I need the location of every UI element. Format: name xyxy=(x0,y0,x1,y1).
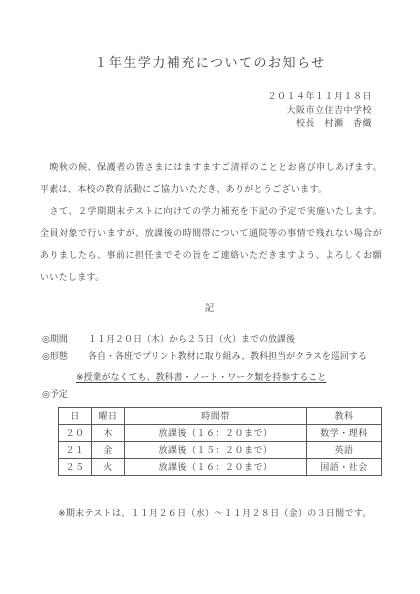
cell-day: ２１ xyxy=(59,441,92,458)
cell-subject: 数学・理科 xyxy=(307,424,382,441)
page-title: １年生学力補充についてのお知らせ xyxy=(0,0,420,71)
header-subject: 教科 xyxy=(307,407,382,424)
body-text: 晩秋の候、保護者の皆さまにはますますご清祥のこととお喜び申しあげます。平素は、本… xyxy=(40,157,382,289)
format-value: 各自・各班でプリント教材に取り組み、教科担当がクラスを巡回する xyxy=(88,352,367,362)
cell-weekday: 金 xyxy=(92,441,125,458)
cell-time: 放課後（１６：２０まで） xyxy=(125,458,307,475)
period-line: ◎期間１１月２０日（木）から２５日（火）までの放課後 xyxy=(42,334,420,347)
format-line: ◎形態各自・各班でプリント教材に取り組み、教科担当がクラスを巡回する xyxy=(42,351,420,364)
table-row: ２５ 火 放課後（１６：２０まで） 国語・社会 xyxy=(59,458,382,475)
record-label: 記 xyxy=(0,300,420,314)
cell-time: 放課後（１５：２０まで） xyxy=(125,441,307,458)
school-name: 大阪市立住吉中学校 xyxy=(0,105,372,119)
cell-subject: 国語・社会 xyxy=(307,458,382,475)
schedule-table: 日 曜日 時間帯 教科 ２０ 木 放課後（１６：２０まで） 数学・理科 ２１ 金… xyxy=(58,407,382,476)
schedule-table-head: 日 曜日 時間帯 教科 xyxy=(59,407,382,424)
cell-time: 放課後（１６：２０まで） xyxy=(125,424,307,441)
format-label: ◎形態 xyxy=(42,351,88,364)
greeting-paragraph: 晩秋の候、保護者の皆さまにはますますご清祥のこととお喜び申しあげます。平素は、本… xyxy=(40,157,382,201)
period-value: １１月２０日（木）から２５日（火）までの放課後 xyxy=(88,335,295,345)
format-underlined-note: ※授業がなくても、教科書・ノート・ワーク類を持参すること xyxy=(76,370,420,383)
header-weekday: 曜日 xyxy=(92,407,125,424)
header-time: 時間帯 xyxy=(125,407,307,424)
table-row: ２０ 木 放課後（１６：２０まで） 数学・理科 xyxy=(59,424,382,441)
cell-weekday: 火 xyxy=(92,458,125,475)
header-meta: ２０１４年１１月１８日 大阪市立住吉中学校 校長 村瀬 香織 xyxy=(0,91,372,132)
exam-period-note: ※期末テストは、１１月２６日（水）～１１月２８日（金）の３日間です。 xyxy=(58,506,420,519)
table-header-row: 日 曜日 時間帯 教科 xyxy=(59,407,382,424)
cell-weekday: 木 xyxy=(92,424,125,441)
table-row: ２１ 金 放課後（１５：２０まで） 英語 xyxy=(59,441,382,458)
issue-date: ２０１４年１１月１８日 xyxy=(0,91,372,105)
cell-subject: 英語 xyxy=(307,441,382,458)
detail-items: ◎期間１１月２０日（木）から２５日（火）までの放課後 ◎形態各自・各班でプリント… xyxy=(42,334,420,402)
principal-name: 校長 村瀬 香織 xyxy=(0,118,372,132)
header-day: 日 xyxy=(59,407,92,424)
schedule-label: ◎予定 xyxy=(42,389,420,402)
notice-document: １年生学力補充についてのお知らせ ２０１４年１１月１８日 大阪市立住吉中学校 校… xyxy=(0,0,420,594)
schedule-table-body: ２０ 木 放課後（１６：２０まで） 数学・理科 ２１ 金 放課後（１５：２０まで… xyxy=(59,424,382,475)
cell-day: ２０ xyxy=(59,424,92,441)
main-paragraph: さて、２学期期末テストに向けての学力補充を下記の予定で実施いたします。全員対象で… xyxy=(40,201,382,289)
period-label: ◎期間 xyxy=(42,334,88,347)
cell-day: ２５ xyxy=(59,458,92,475)
